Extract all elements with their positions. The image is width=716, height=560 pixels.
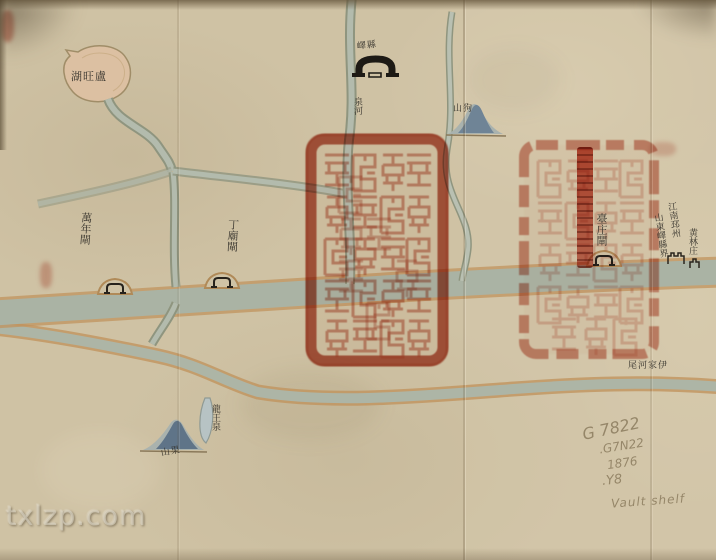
- red-smudge: [40, 262, 52, 288]
- label-county-town: 嶧縣: [356, 40, 377, 53]
- label-yijia-river-end: 尾河家伊: [628, 361, 668, 372]
- strip-stamp: [577, 147, 593, 268]
- scanned-canal-map: 湖旺盧 嶧縣 泉河 山狗 萬年閘 丁廟閘 臺庄閘 江南邳州 山東嶧縣界 黄林庄 …: [0, 0, 716, 560]
- label-dingmiao-lock: 丁廟閘: [225, 219, 240, 253]
- town-gate-icon: [352, 59, 399, 77]
- official-seal-left: [303, 131, 451, 369]
- red-smudge: [1, 10, 14, 42]
- lock-dingmiao-icon: [205, 273, 239, 288]
- fold-seam: [463, 0, 465, 560]
- label-wannian-lock: 萬年閘: [78, 212, 93, 246]
- lock-wannian-icon: [98, 279, 132, 294]
- catalog-cutter: .Y8: [601, 472, 623, 489]
- fold-seam: [650, 0, 652, 560]
- fold-seam: [177, 0, 179, 560]
- label-huanglin-village: 黄林庄: [686, 228, 697, 255]
- label-taizhuang-lock: 臺庄閘: [595, 213, 608, 246]
- label-longwang-spring: 龍王泉: [209, 404, 220, 431]
- label-lake-name: 湖旺盧: [71, 70, 107, 83]
- label-quan-river: 泉河: [351, 97, 362, 115]
- watermark-text: txlzp.com: [6, 501, 147, 532]
